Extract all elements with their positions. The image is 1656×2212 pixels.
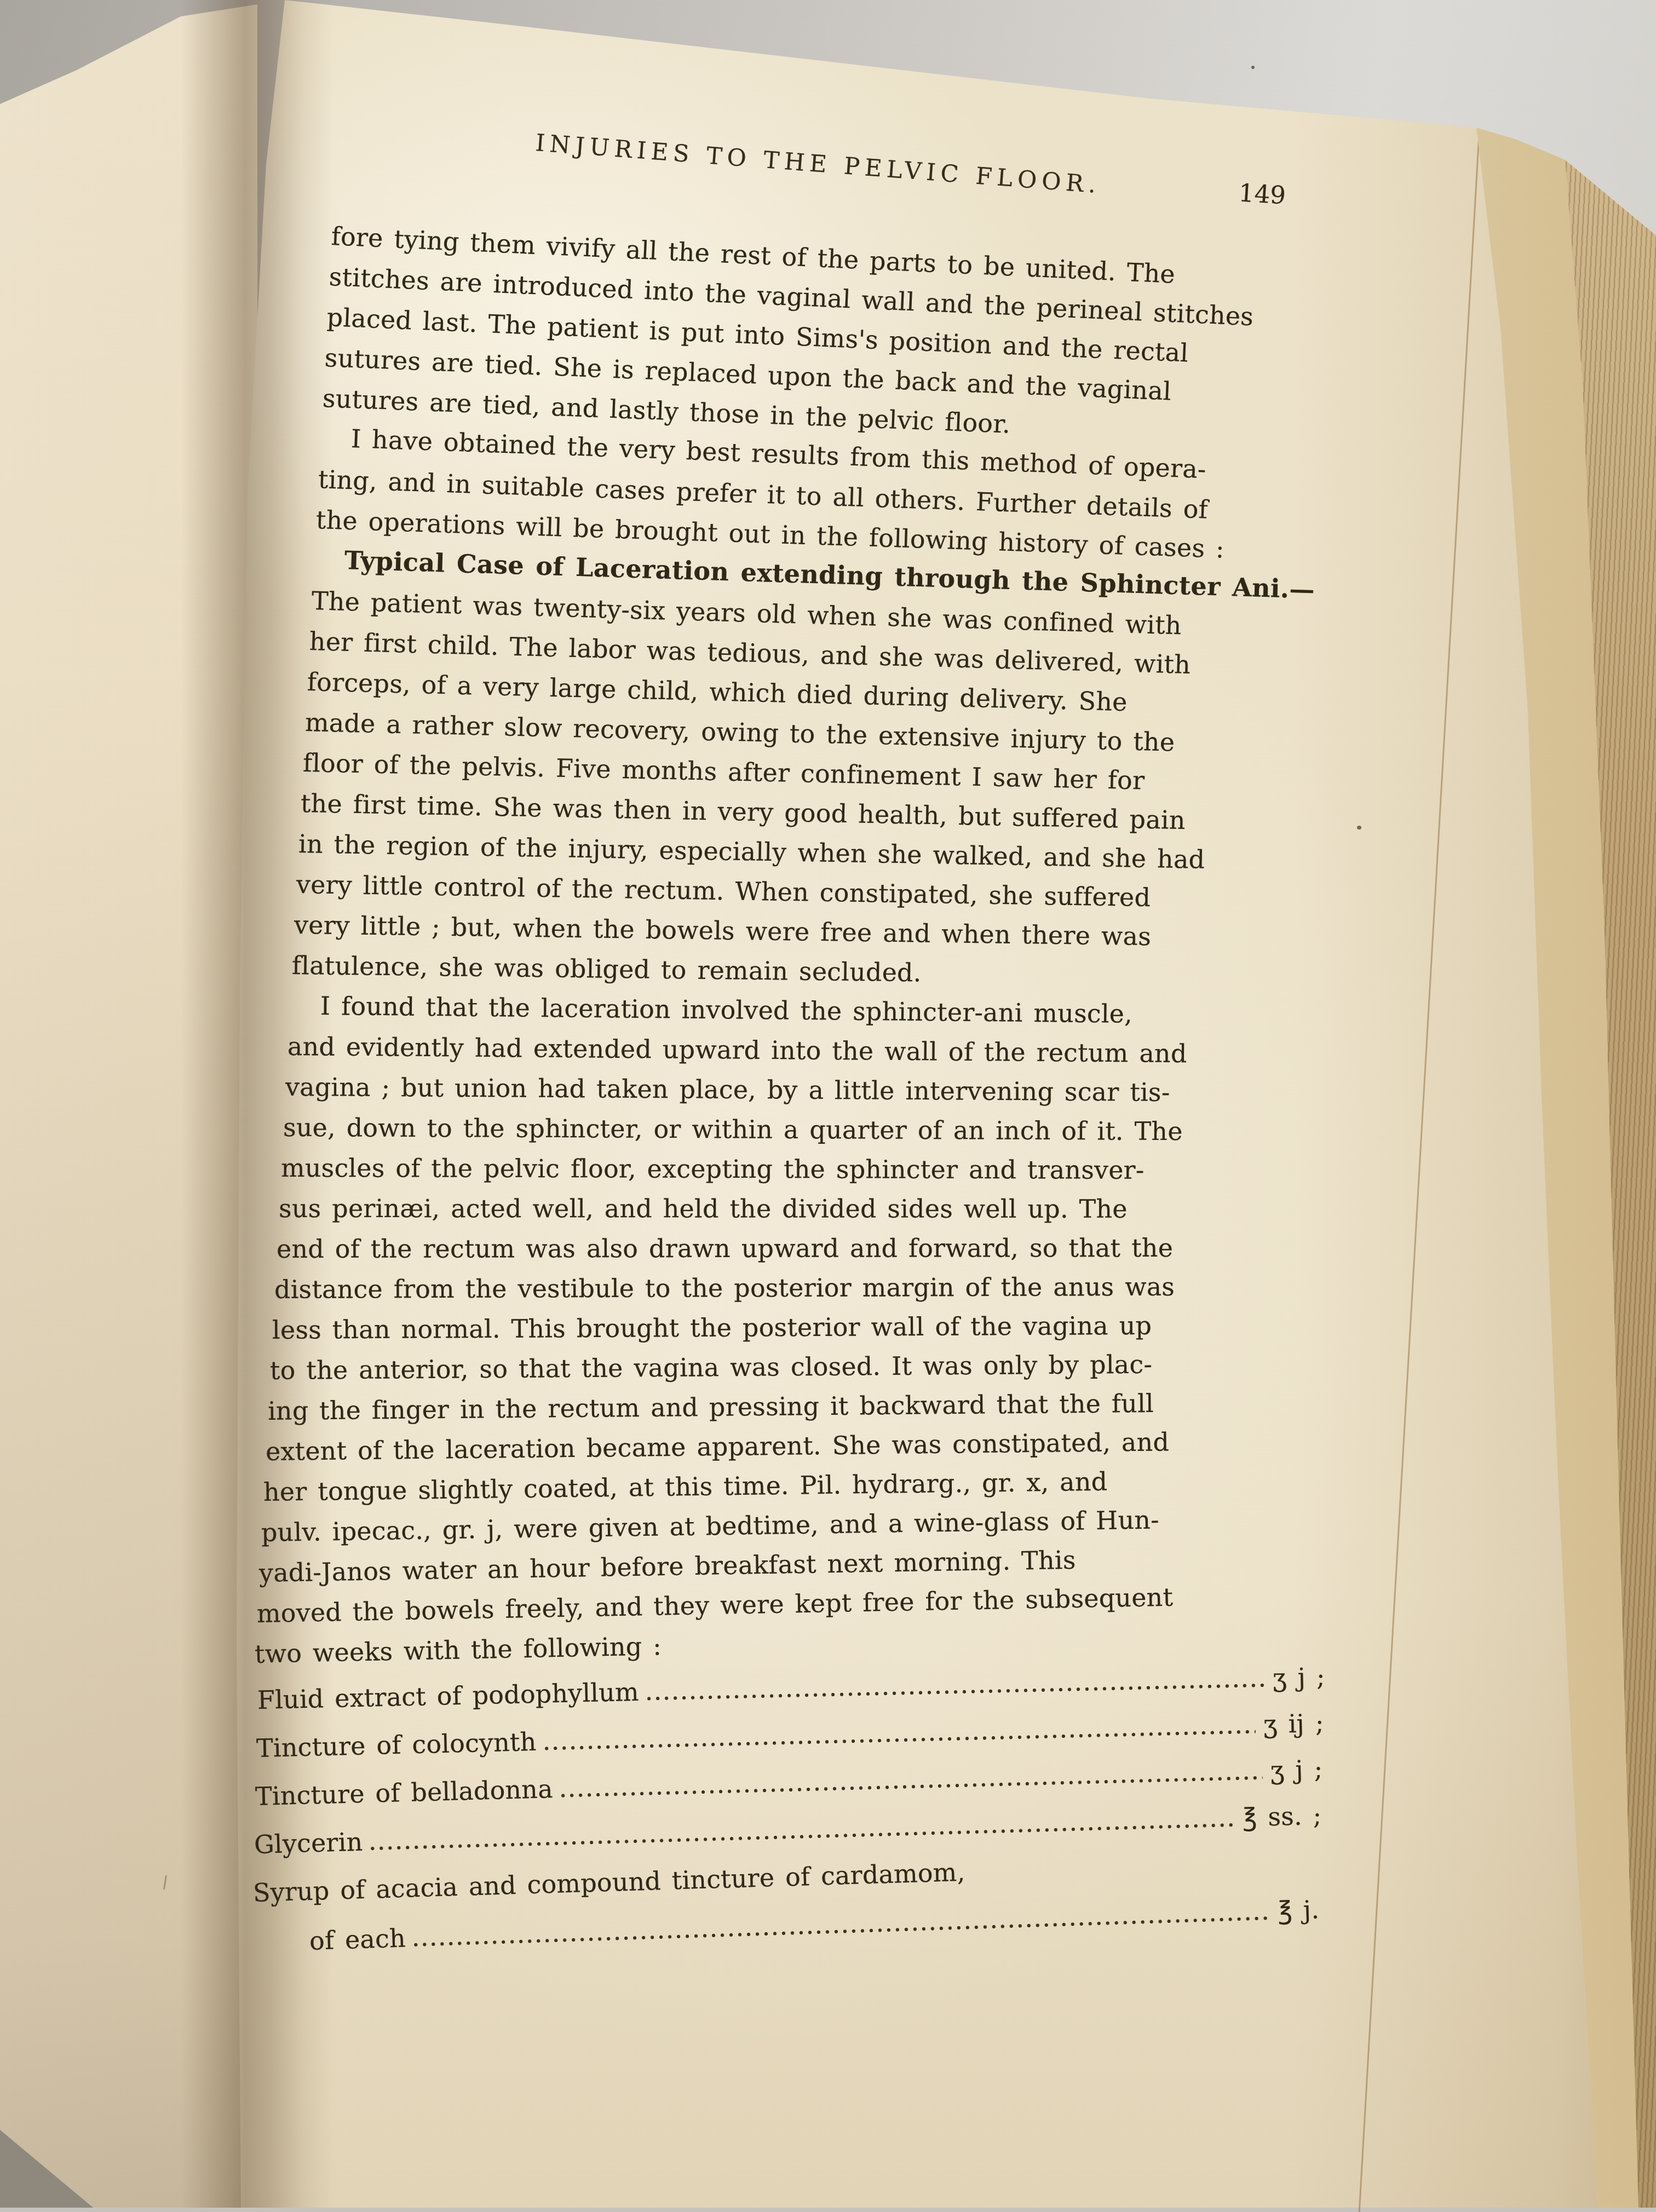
formula-row: Tincture of colocynthʒ ij ; — [256, 1708, 1324, 1763]
ink-speck — [1251, 66, 1255, 69]
apothecary-quantity: ʒ j ; — [1272, 1662, 1325, 1692]
book-photo: INJURIES TO THE PELVIC FLOOR. 149 fore t… — [0, 0, 1656, 2208]
text-line: flatulence, she was obliged to remain se… — [292, 948, 922, 989]
text-line: and evidently had extended upward into t… — [287, 1029, 1187, 1070]
text-line: distance from the vestibule to the poste… — [274, 1270, 1175, 1306]
text-line: very little control of the rectum. When … — [296, 867, 1151, 914]
text-line: pulv. ipecac., gr. j, were given at bedt… — [261, 1503, 1160, 1549]
dot-leader — [544, 1729, 1256, 1752]
ingredient-name: Tincture of belladonna — [255, 1774, 553, 1811]
formula-row: Syrup of acacia and compound tincture of… — [252, 1857, 965, 1908]
text-line: her tongue slightly coated, at this time… — [263, 1465, 1108, 1509]
text-line: extent of the laceration became apparent… — [266, 1425, 1170, 1468]
apothecary-quantity: ℥ ss. ; — [1242, 1801, 1322, 1833]
text-line: vagina ; but union had taken place, by a… — [285, 1070, 1170, 1109]
apothecary-quantity: ʒ ij ; — [1263, 1708, 1324, 1739]
text-line: less than normal. This brought the poste… — [272, 1309, 1152, 1347]
formula-row: Fluid extract of podophyllumʒ j ; — [257, 1662, 1325, 1715]
page-text: fore tying them vivify all the rest of t… — [0, 0, 1656, 2208]
ingredient-name: of each — [309, 1923, 406, 1956]
ingredient-name: Tincture of colocynth — [256, 1727, 537, 1763]
text-line: muscles of the pelvic floor, excepting t… — [281, 1151, 1145, 1187]
dot-leader — [413, 1915, 1270, 1948]
text-line: two weeks with the following : — [254, 1629, 662, 1671]
formula-row: of each℥ j. — [309, 1894, 1320, 1956]
dot-leader — [370, 1822, 1235, 1851]
text-line: I found that the laceration involved the… — [320, 989, 1133, 1031]
formula-row: Tincture of belladonnaʒ j ; — [255, 1754, 1323, 1811]
apothecary-quantity: ʒ j ; — [1270, 1754, 1323, 1785]
text-line: sue, down to the sphincter, or within a … — [283, 1110, 1183, 1148]
ingredient-name: Syrup of acacia and compound tincture of… — [252, 1857, 965, 1908]
dot-leader — [647, 1683, 1265, 1702]
text-line: end of the rectum was also drawn upward … — [277, 1231, 1173, 1266]
text-line: to the anterior, so that the vagina was … — [270, 1347, 1152, 1387]
text-line: yadi-Janos water an hour before breakfas… — [258, 1543, 1076, 1590]
ingredient-name: Glycerin — [254, 1827, 363, 1859]
text-line: very little ; but, when the bowels were … — [294, 908, 1152, 953]
formula-row: Glycerin℥ ss. ; — [254, 1801, 1322, 1859]
ingredient-name: Fluid extract of podophyllum — [257, 1677, 639, 1715]
text-line: sus perinæi, acted well, and held the di… — [279, 1191, 1128, 1226]
ink-speck — [1357, 826, 1361, 830]
dot-leader — [561, 1775, 1263, 1799]
apothecary-quantity: ℥ j. — [1277, 1894, 1320, 1925]
text-line: ing the finger in the rectum and pressin… — [268, 1386, 1154, 1428]
